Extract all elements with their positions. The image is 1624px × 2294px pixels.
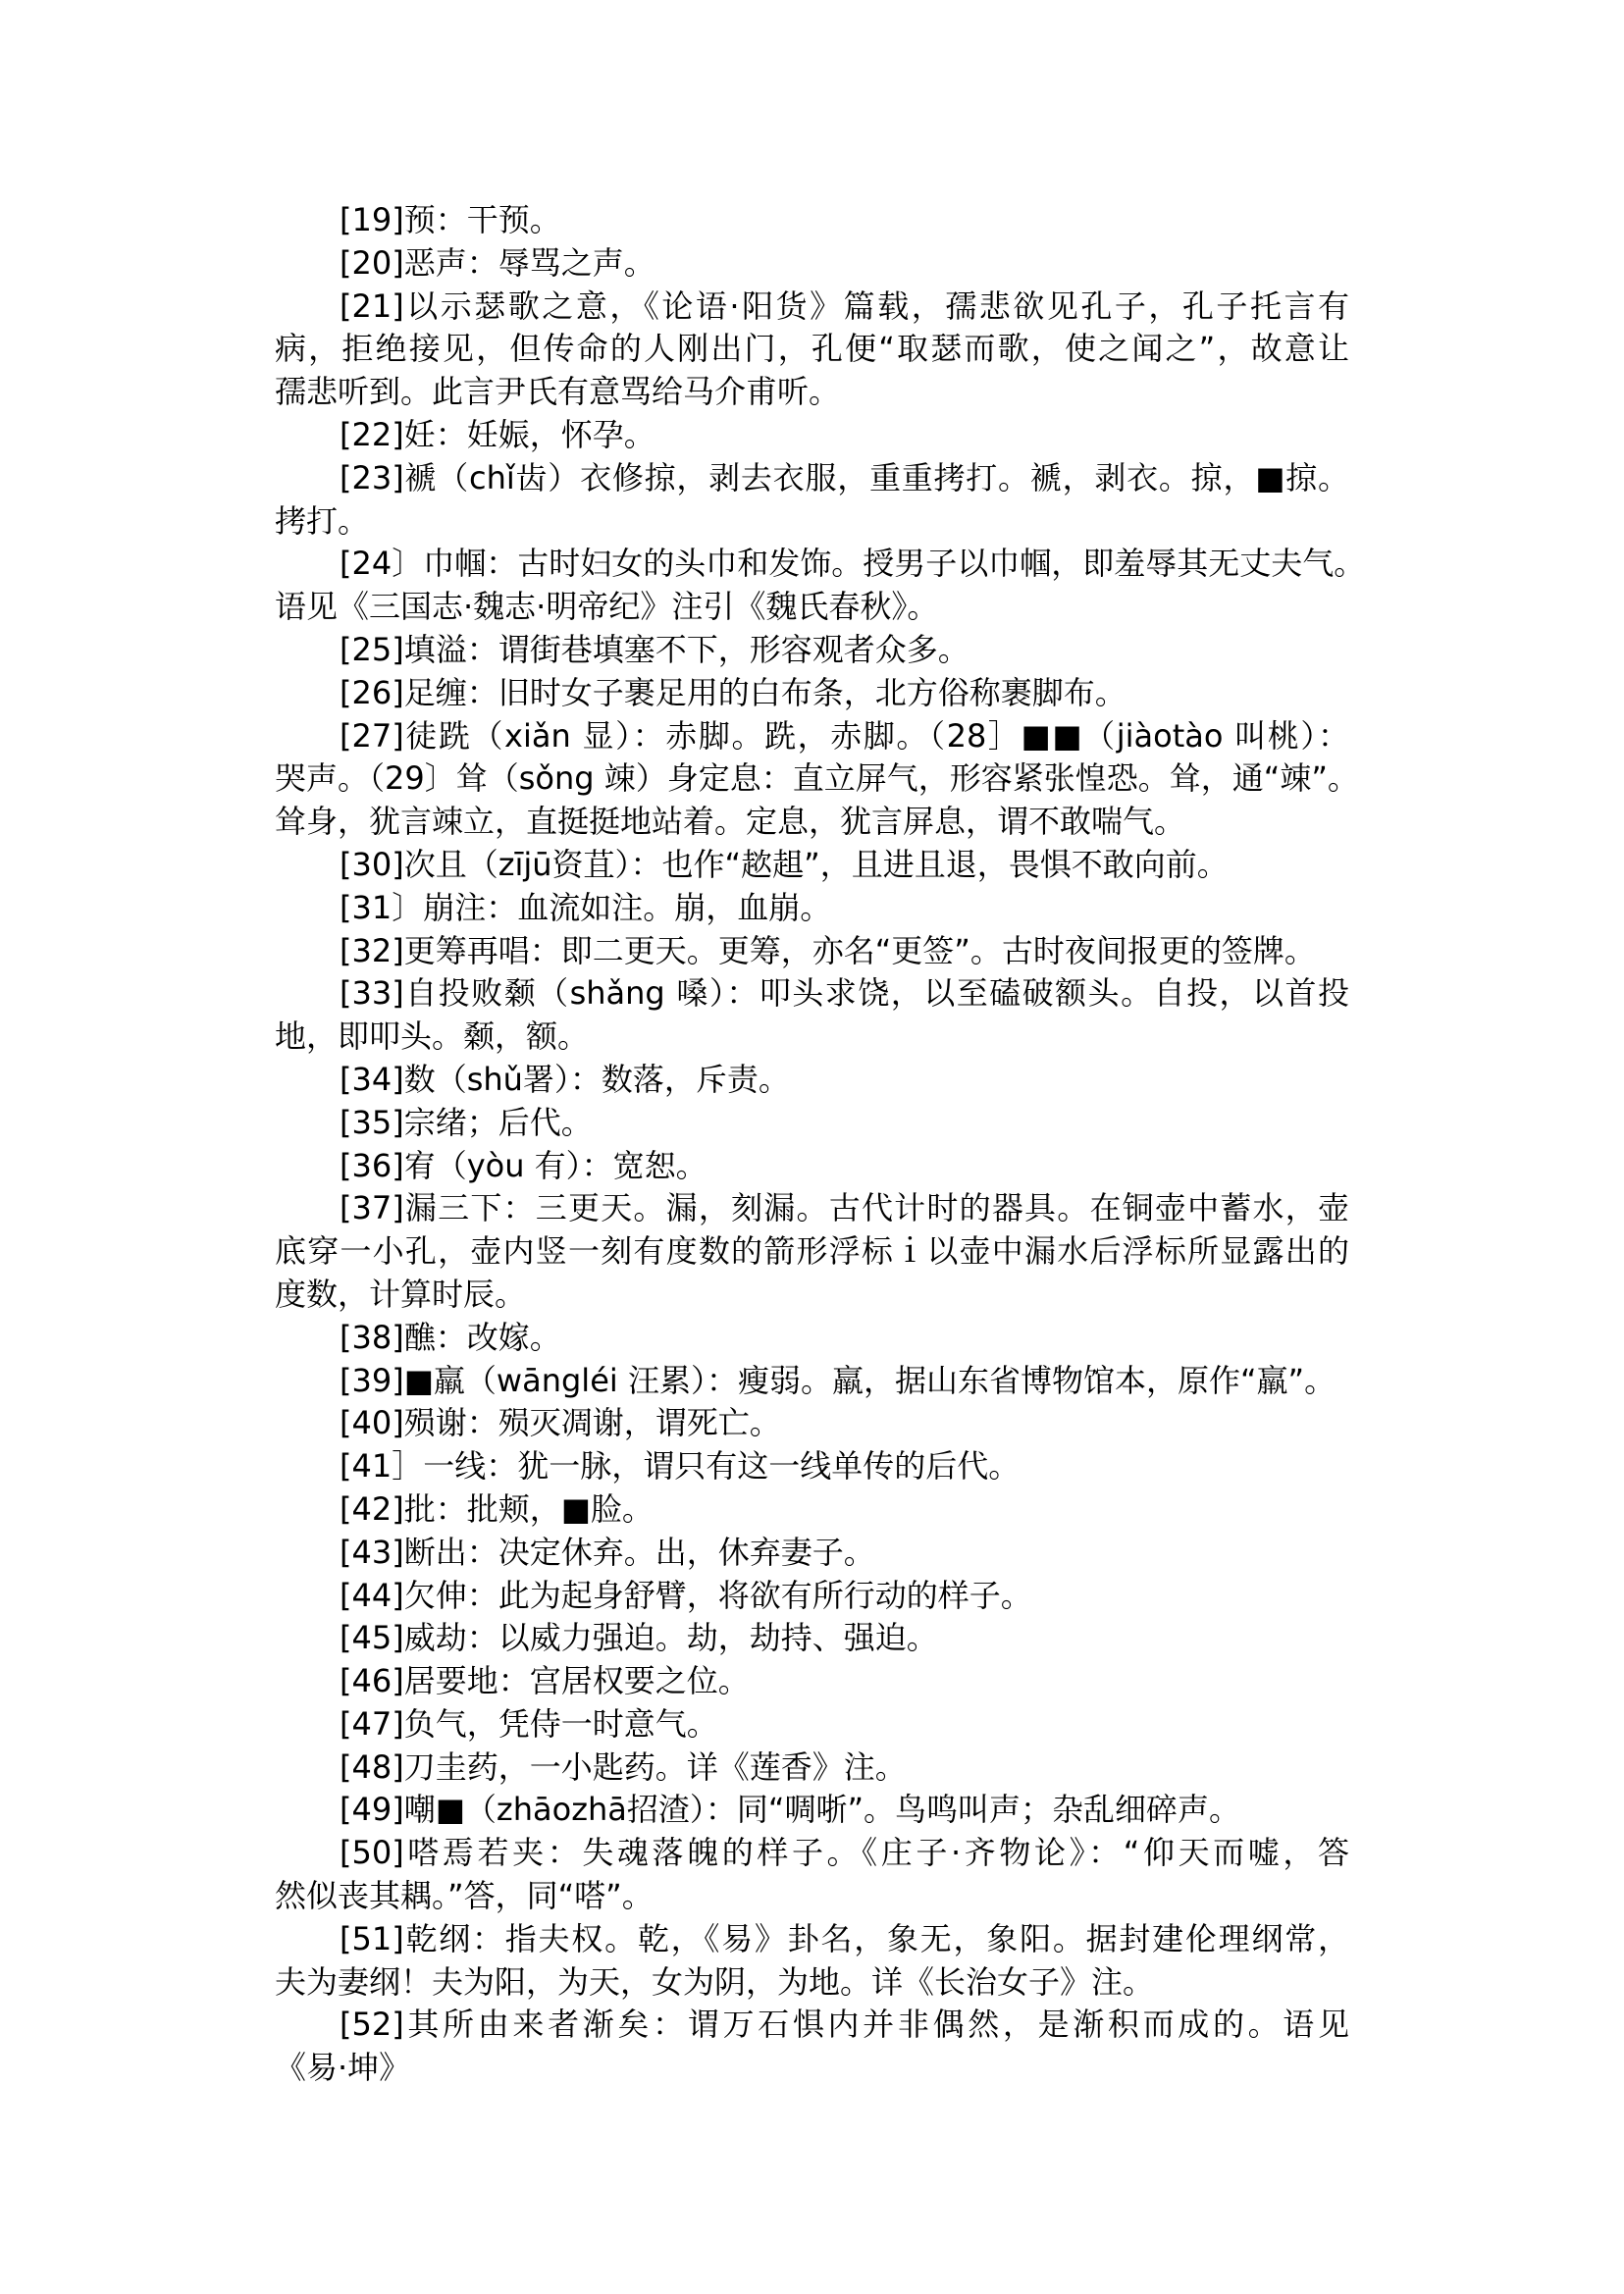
- note-line: [43]断出：决定休弃。出，休弃妻子。: [275, 1532, 1349, 1575]
- note-line: [47]负气，凭侍一时意气。: [275, 1703, 1349, 1747]
- note-line: [19]预：干预。: [275, 199, 1349, 242]
- note-line: [49]嘲■（zhāozhā招渣）：同“啁哳”。鸟鸣叫声；杂乱细碎声。: [275, 1789, 1349, 1832]
- annotation-page: [19]预：干预。 [20]恶声：辱骂之声。 [21]以示瑟歌之意，《论语·阳货…: [275, 199, 1349, 2090]
- note-line: 病，拒绝接见，但传命的人刚出门，孔便“取瑟而歌，使之闻之”，故意让: [275, 328, 1349, 371]
- note-line: [21]以示瑟歌之意，《论语·阳货》篇载，孺悲欲见孔子，孔子托言有: [275, 286, 1349, 329]
- note-line: 拷打。: [275, 500, 1349, 544]
- note-27-29: [27]徒跣（xiǎn 显）：赤脚。跣，赤脚。（28］■■（jiàotào 叫桃…: [275, 715, 1349, 844]
- note-49: [49]嘲■（zhāozhā招渣）：同“啁哳”。鸟鸣叫声；杂乱细碎声。: [275, 1789, 1349, 1832]
- note-52: [52]其所由来者渐矣：谓万石惧内并非偶然，是渐积而成的。语见 《易·坤》: [275, 2004, 1349, 2090]
- note-line: [40]殒谢：殒灭凋谢，谓死亡。: [275, 1402, 1349, 1445]
- note-34: [34]数（shǔ署）：数落，斥责。: [275, 1059, 1349, 1102]
- note-line: [35]宗绪；后代。: [275, 1102, 1349, 1145]
- note-line: [38]醮：改嫁。: [275, 1317, 1349, 1360]
- note-38: [38]醮：改嫁。: [275, 1317, 1349, 1360]
- note-37: [37]漏三下：三更天。漏，刻漏。古代计时的器具。在铜壶中蓄水，壶 底穿一小孔，…: [275, 1187, 1349, 1316]
- note-line: [32]更筹再唱：即二更天。更筹，亦名“更签”。古时夜间报更的签牌。: [275, 930, 1349, 973]
- note-line: [30]次且（zījū资苴）：也作“趑趄”，且进且退，畏惧不敢向前。: [275, 844, 1349, 887]
- note-line: [46]居要地：宫居权要之位。: [275, 1660, 1349, 1703]
- note-22: [22]妊：妊娠，怀孕。: [275, 414, 1349, 457]
- note-line: [24〕巾帼：古时妇女的头巾和发饰。授男子以巾帼，即羞辱其无丈夫气。: [275, 543, 1349, 586]
- note-35: [35]宗绪；后代。: [275, 1102, 1349, 1145]
- note-32: [32]更筹再唱：即二更天。更筹，亦名“更签”。古时夜间报更的签牌。: [275, 930, 1349, 973]
- note-line: [23]褫（chǐ齿）衣修掠，剥去衣服，重重拷打。褫，剥衣。掠，■掠。: [275, 457, 1349, 500]
- note-24: [24〕巾帼：古时妇女的头巾和发饰。授男子以巾帼，即羞辱其无丈夫气。 语见《三国…: [275, 543, 1349, 629]
- note-45: [45]威劫：以威力强迫。劫，劫持、强迫。: [275, 1617, 1349, 1660]
- note-line: 孺悲听到。此言尹氏有意骂给马介甫听。: [275, 371, 1349, 414]
- note-line: 耸身，犹言竦立，直挺挺地站着。定息，犹言屏息，谓不敢喘气。: [275, 801, 1349, 844]
- note-23: [23]褫（chǐ齿）衣修掠，剥去衣服，重重拷打。褫，剥衣。掠，■掠。 拷打。: [275, 457, 1349, 544]
- note-line: [37]漏三下：三更天。漏，刻漏。古代计时的器具。在铜壶中蓄水，壶: [275, 1187, 1349, 1230]
- note-line: [34]数（shǔ署）：数落，斥责。: [275, 1059, 1349, 1102]
- note-line: [51]乾纲：指夫权。乾，《易》卦名，象无，象阳。据封建伦理纲常，: [275, 1918, 1349, 1961]
- note-line: 夫为妻纲！夫为阳，为天，女为阴，为地。详《长治女子》注。: [275, 1961, 1349, 2005]
- note-line: [45]威劫：以威力强迫。劫，劫持、强迫。: [275, 1617, 1349, 1660]
- note-line: [39]■羸（wāngléi 汪累）：瘦弱。羸，据山东省博物馆本，原作“羸”。: [275, 1360, 1349, 1403]
- note-line: [33]自投败颡（shǎng 嗓）：叩头求饶，以至磕破额头。自投，以首投: [275, 972, 1349, 1016]
- note-line: [36]宥（yòu 有）：宽恕。: [275, 1145, 1349, 1188]
- note-36: [36]宥（yòu 有）：宽恕。: [275, 1145, 1349, 1188]
- note-line: 然似丧其耦。”答，同“嗒”。: [275, 1875, 1349, 1918]
- note-line: [26]足缠：旧时女子裹足用的白布条，北方俗称裹脚布。: [275, 672, 1349, 715]
- note-40: [40]殒谢：殒灭凋谢，谓死亡。: [275, 1402, 1349, 1445]
- note-26: [26]足缠：旧时女子裹足用的白布条，北方俗称裹脚布。: [275, 672, 1349, 715]
- note-25: [25]填溢：谓街巷填塞不下，形容观者众多。: [275, 629, 1349, 672]
- note-line: [48]刀圭药，一小匙药。详《莲香》注。: [275, 1747, 1349, 1790]
- note-46: [46]居要地：宫居权要之位。: [275, 1660, 1349, 1703]
- note-21: [21]以示瑟歌之意，《论语·阳货》篇载，孺悲欲见孔子，孔子托言有 病，拒绝接见…: [275, 286, 1349, 414]
- note-line: [52]其所由来者渐矣：谓万石惧内并非偶然，是渐积而成的。语见: [275, 2004, 1349, 2047]
- note-line: [20]恶声：辱骂之声。: [275, 242, 1349, 286]
- note-47: [47]负气，凭侍一时意气。: [275, 1703, 1349, 1747]
- note-line: [22]妊：妊娠，怀孕。: [275, 414, 1349, 457]
- note-41: [41］一线：犹一脉，谓只有这一线单传的后代。: [275, 1445, 1349, 1488]
- note-31: [31〕崩注：血流如注。崩，血崩。: [275, 887, 1349, 930]
- note-44: [44]欠伸：此为起身舒臂，将欲有所行动的样子。: [275, 1575, 1349, 1618]
- note-43: [43]断出：决定休弃。出，休弃妻子。: [275, 1532, 1349, 1575]
- note-line: [27]徒跣（xiǎn 显）：赤脚。跣，赤脚。（28］■■（jiàotào 叫桃…: [275, 715, 1349, 758]
- note-line: 底穿一小孔，壶内竖一刻有度数的箭形浮标ｉ以壶中漏水后浮标所显露出的: [275, 1230, 1349, 1274]
- note-39: [39]■羸（wāngléi 汪累）：瘦弱。羸，据山东省博物馆本，原作“羸”。: [275, 1360, 1349, 1403]
- note-line: [25]填溢：谓街巷填塞不下，形容观者众多。: [275, 629, 1349, 672]
- note-line: [50]嗒焉若夹：失魂落魄的样子。《庄子·齐物论》：“仰天而嘘，答: [275, 1832, 1349, 1875]
- note-42: [42]批：批颊，■脸。: [275, 1488, 1349, 1532]
- note-33: [33]自投败颡（shǎng 嗓）：叩头求饶，以至磕破额头。自投，以首投 地，即…: [275, 972, 1349, 1059]
- note-line: 地，即叩头。颡，额。: [275, 1016, 1349, 1059]
- note-line: [31〕崩注：血流如注。崩，血崩。: [275, 887, 1349, 930]
- note-line: [41］一线：犹一脉，谓只有这一线单传的后代。: [275, 1445, 1349, 1488]
- note-line: 哭声。（29〕耸（sǒng 竦）身定息：直立屏气，形容紧张惶恐。耸，通“竦”。: [275, 757, 1349, 801]
- note-50: [50]嗒焉若夹：失魂落魄的样子。《庄子·齐物论》：“仰天而嘘，答 然似丧其耦。…: [275, 1832, 1349, 1918]
- note-line: [44]欠伸：此为起身舒臂，将欲有所行动的样子。: [275, 1575, 1349, 1618]
- note-20: [20]恶声：辱骂之声。: [275, 242, 1349, 286]
- note-48: [48]刀圭药，一小匙药。详《莲香》注。: [275, 1747, 1349, 1790]
- note-51: [51]乾纲：指夫权。乾，《易》卦名，象无，象阳。据封建伦理纲常， 夫为妻纲！夫…: [275, 1918, 1349, 2005]
- note-19: [19]预：干预。: [275, 199, 1349, 242]
- note-line: 语见《三国志·魏志·明帝纪》注引《魏氏春秋》。: [275, 586, 1349, 629]
- note-line: 度数，计算时辰。: [275, 1274, 1349, 1317]
- note-line: 《易·坤》: [275, 2047, 1349, 2090]
- note-30: [30]次且（zījū资苴）：也作“趑趄”，且进且退，畏惧不敢向前。: [275, 844, 1349, 887]
- note-line: [42]批：批颊，■脸。: [275, 1488, 1349, 1532]
